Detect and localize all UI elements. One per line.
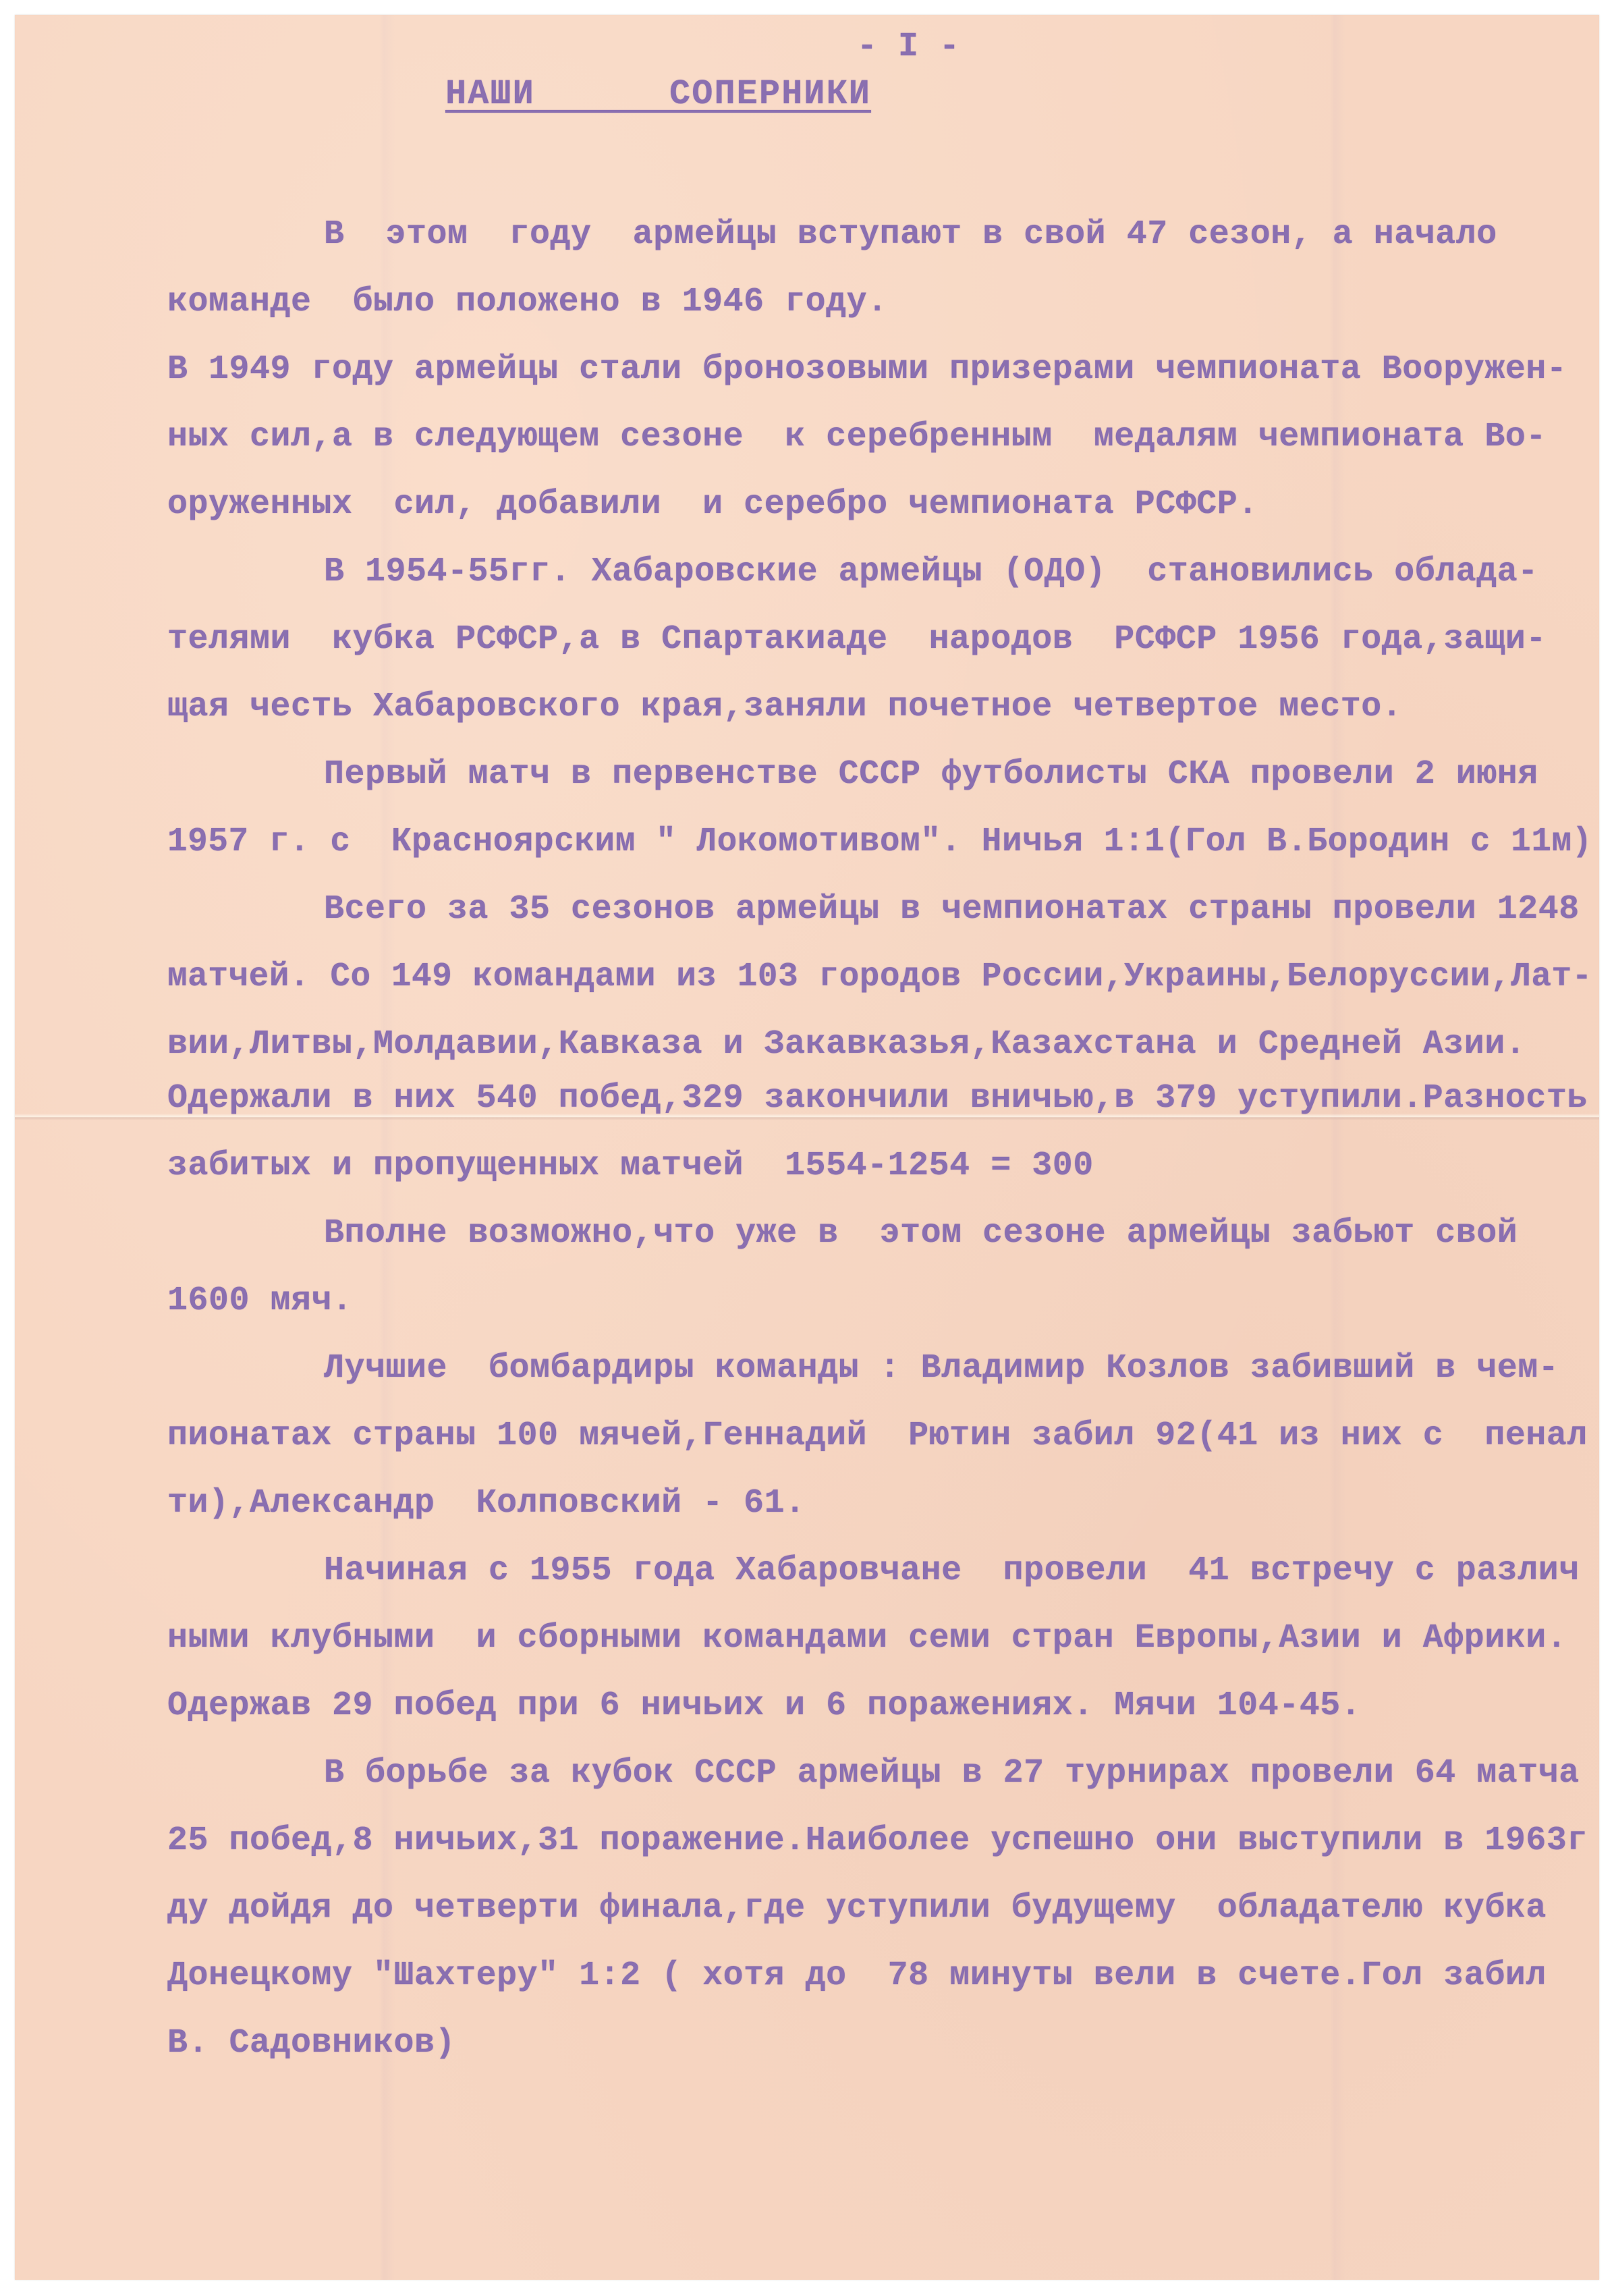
text-line: ных сил,а в следующем сезоне к серебренн…: [167, 417, 1547, 458]
text-line: ти),Александр Колповский - 61.: [167, 1483, 806, 1524]
text-line: Донецкому "Шахтеру" 1:2 ( хотя до 78 мин…: [167, 1956, 1547, 1996]
text-line: ными клубными и сборными командами семи …: [167, 1618, 1567, 1659]
text-line: забитых и пропущенных матчей 1554-1254 =…: [167, 1146, 1094, 1186]
text-line: ду дойдя до четверти финала,где уступили…: [167, 1888, 1547, 1929]
text-line: вии,Литвы,Молдавии,Кавказа и Закавказья,…: [167, 1024, 1526, 1065]
text-line: В борьбе за кубок СССР армейцы в 27 турн…: [324, 1753, 1580, 1794]
text-line: оруженных сил, добавили и серебро чемпио…: [167, 485, 1258, 525]
text-line: 25 побед,8 ничьих,31 поражение.Наиболее …: [167, 1821, 1588, 1861]
text-line: В 1949 году армейцы стали бронозовыми пр…: [167, 350, 1567, 390]
text-line: Одержали в них 540 побед,329 закончили в…: [167, 1078, 1588, 1119]
text-line: 1957 г. с Красноярским " Локомотивом". Н…: [167, 822, 1592, 863]
text-line: щая честь Хабаровского края,заняли почет…: [167, 687, 1402, 728]
text-line: В 1954-55гг. Хабаровские армейцы (ОДО) с…: [324, 552, 1538, 593]
text-line: В. Садовников): [167, 2023, 455, 2064]
text-line: В этом году армейцы вступают в свой 47 с…: [324, 215, 1497, 255]
text-line: Одержав 29 побед при 6 ничьих и 6 пораже…: [167, 1686, 1361, 1726]
text-line: Всего за 35 сезонов армейцы в чемпионата…: [324, 890, 1580, 930]
text-line: пионатах страны 100 мячей,Геннадий Рютин…: [167, 1416, 1588, 1456]
text-line: Начиная с 1955 года Хабаровчане провели …: [324, 1551, 1580, 1591]
text-line: Первый матч в первенстве СССР футболисты…: [324, 755, 1538, 795]
text-line: телями кубка РСФСР,а в Спартакиаде народ…: [167, 620, 1547, 660]
page-title: НАШИ СОПЕРНИКИ: [445, 74, 871, 115]
text-line: 1600 мяч.: [167, 1281, 353, 1321]
text-line: Лучшие бомбардиры команды : Владимир Коз…: [324, 1348, 1559, 1389]
page-number: - I -: [857, 27, 960, 67]
text-line: матчей. Со 149 командами из 103 городов …: [167, 957, 1592, 997]
text-line: команде было положено в 1946 году.: [167, 282, 888, 323]
text-line: Вполне возможно,что уже в этом сезоне ар…: [324, 1213, 1518, 1254]
